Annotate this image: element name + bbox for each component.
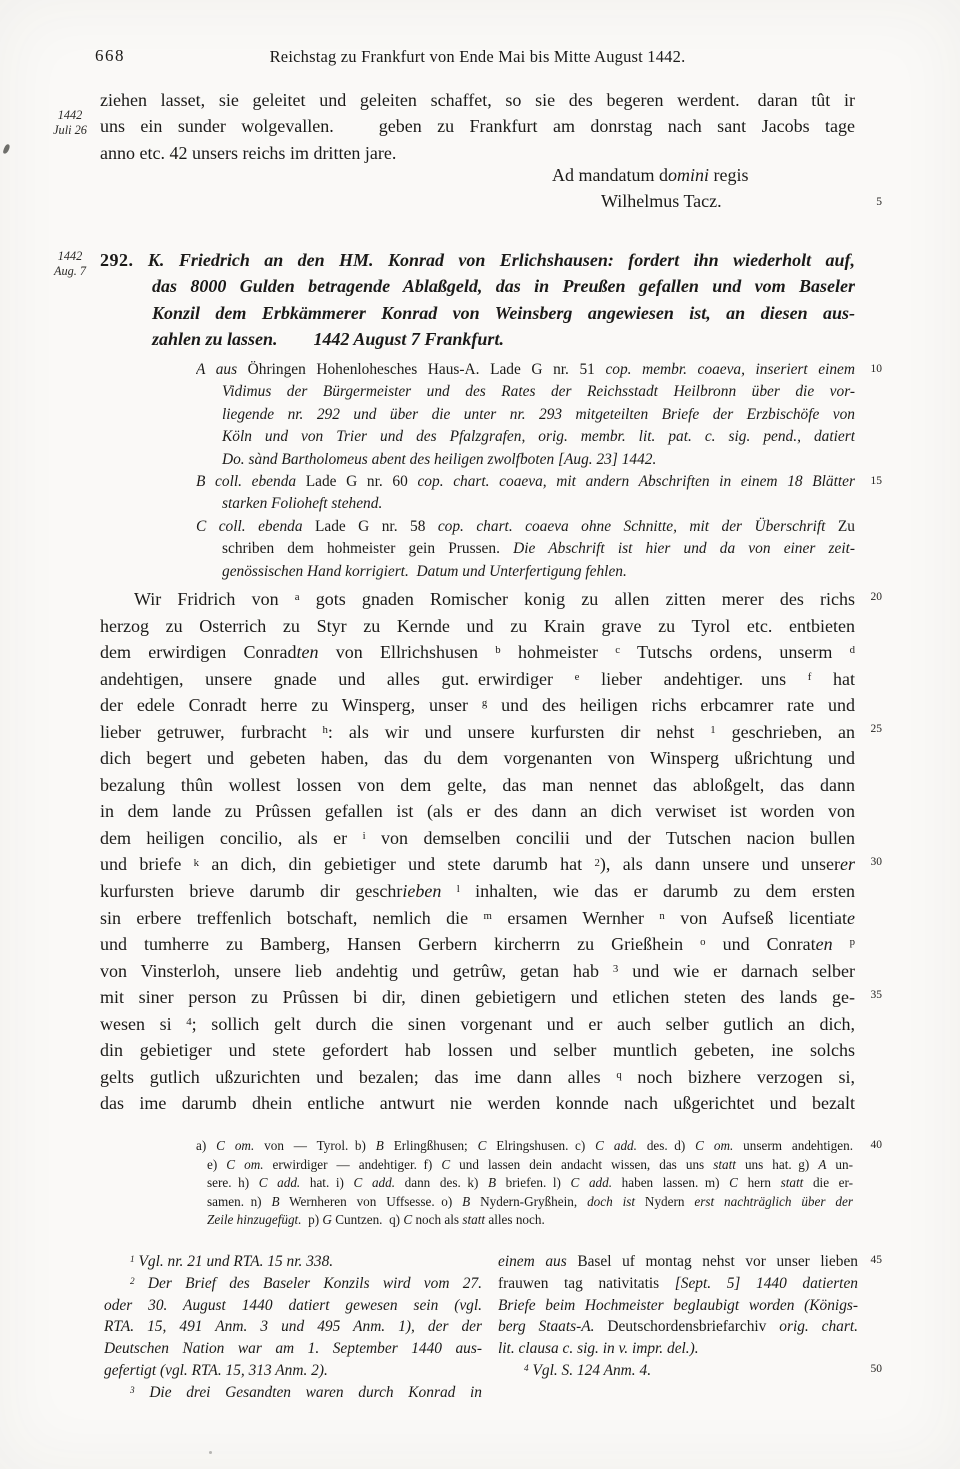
margin-line-number-25: 25 <box>856 723 882 735</box>
text-line: das ime darumb dhein entliche antwurt ni… <box>100 1090 855 1117</box>
margin-line-number-30: 30 <box>856 856 882 868</box>
text-line: gelts gutlich ußzurichten und bezalen; d… <box>100 1064 855 1091</box>
margin-date-year: 1442 <box>42 108 98 123</box>
text-line: uns ein sunder wolgevallen. geben zu Fra… <box>100 113 855 139</box>
text-line: von Vinsterloh, unsere lieb andehtig und… <box>100 958 855 985</box>
entry-292-heading: 292. K. Friedrich an den HM. Konrad von … <box>100 247 855 353</box>
text-line: das 8000 Gulden betragende Ablaßgeld, da… <box>100 273 855 299</box>
text-line: mit siner person zu Prûssen bi dir, dine… <box>100 984 855 1011</box>
running-title: Reichstag zu Frankfurt von Ende Mai bis … <box>100 47 855 67</box>
letter-footnotes: a) C om. von — Tyrol. b) B Erlingßhusen;… <box>196 1137 853 1230</box>
margin-line-number-50: 50 <box>856 1363 882 1375</box>
scan-artifact <box>3 143 11 154</box>
margin-date-aug-7: 1442 Aug. 7 <box>42 249 98 279</box>
subscription-line-2: Wilhelmus Tacz. <box>601 191 722 212</box>
text-line: zahlen zu lassen. 1442 August 7 Frankfur… <box>100 326 855 352</box>
text-line: berg Staats-A. Deutschordensbriefarchiv … <box>498 1316 858 1338</box>
text-line: der edele Conradt herre zu Winsperg, uns… <box>100 692 855 719</box>
margin-line-number-5: 5 <box>856 196 882 208</box>
text-line: Köln und von Trier und des Pfalzgrafen, … <box>196 426 855 448</box>
text-line: genössischen Hand korrigiert. Datum und … <box>196 561 855 583</box>
text-line: sere. h) C add. hat. i) C add. dann des.… <box>196 1174 853 1193</box>
text-line: wesen si 4; sollich gelt durch die sinen… <box>100 1011 855 1038</box>
text-line: Wir Fridrich von a gots gnaden Romischer… <box>100 586 855 613</box>
margin-date-juli-26: 1442 Juli 26 <box>42 108 98 138</box>
text-line: Do. sànd Bartholomeus abent des heiligen… <box>196 449 855 471</box>
text-line: herzog zu Osterrich zu Styr zu Kernde un… <box>100 613 855 640</box>
text-line: kurfursten brieve darumb dir geschrieben… <box>100 878 855 905</box>
text-line: 2 Der Brief des Baseler Konzils wird vom… <box>104 1273 482 1295</box>
main-text: Wir Fridrich von a gots gnaden Romischer… <box>100 586 855 1117</box>
scanned-book-page: 668 Reichstag zu Frankfurt von Ende Mai … <box>0 0 960 1469</box>
text-line: oder 30. August 1440 datiert gewesen sei… <box>104 1295 482 1317</box>
text-line: starken Folioheft stehend. <box>196 493 855 515</box>
text-line: Vidimus der Bürgermeister und des Rates … <box>196 381 855 403</box>
text-line: a) C om. von — Tyrol. b) B Erlingßhusen;… <box>196 1137 853 1156</box>
text-line: schriben dem hohmeister gein Prussen. Di… <box>196 538 855 560</box>
text-line: e) C om. erwirdiger — andehtiger. f) C u… <box>196 1156 853 1175</box>
subscription-line-1: Ad mandatum domini regis <box>552 165 749 186</box>
text-line: einem aus Basel uf montag nehst vor unse… <box>498 1251 858 1273</box>
text-line: und briefe k an dich, din gebietiger und… <box>100 851 855 878</box>
text-line: 4 Vgl. S. 124 Anm. 4. <box>498 1360 858 1382</box>
text-line: anno etc. 42 unsers reichs im dritten ja… <box>100 140 855 166</box>
text-line: dem erwirdigen Conradten von Ellrichshus… <box>100 639 855 666</box>
text-line: und tumherre zu Bamberg, Hansen Gerbern … <box>100 931 855 958</box>
text-line: Konzil dem Erbkämmerer Konrad von Weinsb… <box>100 300 855 326</box>
text-line: andehtigen, unsere gnade und alles gut. … <box>100 666 855 693</box>
text-line: 1 Vgl. nr. 21 und RTA. 15 nr. 338. <box>104 1251 482 1273</box>
text-line: 3 Die drei Gesandten waren durch Konrad … <box>104 1382 482 1404</box>
footnotes-right-column: einem aus Basel uf montag nehst vor unse… <box>498 1251 858 1382</box>
text-line: liegende nr. 292 und über die unter nr. … <box>196 404 855 426</box>
scan-artifact <box>209 1451 212 1454</box>
text-line: Zeile hinzugefügt. p) G Cuntzen. q) C no… <box>196 1211 853 1230</box>
closing-paragraph: ziehen lasset, sie geleitet und geleiten… <box>100 87 855 166</box>
margin-line-number-45: 45 <box>856 1254 882 1266</box>
text-line: A aus Öhringen Hohenlohesches Haus-A. La… <box>196 359 855 381</box>
text-line: lit. clausa c. sig. in v. impr. del.). <box>498 1338 858 1360</box>
text-line: Briefe beim Hochmeister beglaubigt worde… <box>498 1295 858 1317</box>
margin-line-number-35: 35 <box>856 989 882 1001</box>
text-line: lieber getruwer, furbracht h: als wir un… <box>100 719 855 746</box>
text-line: B coll. ebenda Lade G nr. 60 cop. chart.… <box>196 471 855 493</box>
text-line: in dem lande zu Prûssen gefallen ist (al… <box>100 798 855 825</box>
margin-date-year: 1442 <box>42 249 98 264</box>
text-line: C coll. ebenda Lade G nr. 58 cop. chart.… <box>196 516 855 538</box>
margin-line-number-20: 20 <box>856 591 882 603</box>
text-line: 292. K. Friedrich an den HM. Konrad von … <box>100 247 855 273</box>
margin-line-number-10: 10 <box>856 363 882 375</box>
margin-line-number-15: 15 <box>856 475 882 487</box>
text-line: dem heiligen concilio, als er i von dems… <box>100 825 855 852</box>
source-notes: A aus Öhringen Hohenlohesches Haus-A. La… <box>196 359 855 583</box>
footnotes-left-column: 1 Vgl. nr. 21 und RTA. 15 nr. 338.2 Der … <box>104 1251 482 1404</box>
text-line: samen. n) B Wernheren von Uffsesse. o) B… <box>196 1193 853 1212</box>
text-line: din gebietiger und stete gefordert hab l… <box>100 1037 855 1064</box>
margin-line-number-40: 40 <box>856 1139 882 1151</box>
margin-date-day: Juli 26 <box>42 123 98 138</box>
text-line: sin erbere treffenlich botschaft, nemlic… <box>100 905 855 932</box>
text-line: RTA. 15, 491 Anm. 3 und 495 Anm. 1), der… <box>104 1316 482 1338</box>
text-line: ziehen lasset, sie geleitet und geleiten… <box>100 87 855 113</box>
text-line: gefertigt (vgl. RTA. 15, 313 Anm. 2). <box>104 1360 482 1382</box>
text-line: Deutschen Nation war am 1. September 144… <box>104 1338 482 1360</box>
text-line: dich begert und gebeten haben, das du de… <box>100 745 855 772</box>
text-line: bezalung thûn wollest lossen von dem gel… <box>100 772 855 799</box>
margin-date-day: Aug. 7 <box>42 264 98 279</box>
text-line: frauwen tag nativitatis [Sept. 5] 1440 d… <box>498 1273 858 1295</box>
